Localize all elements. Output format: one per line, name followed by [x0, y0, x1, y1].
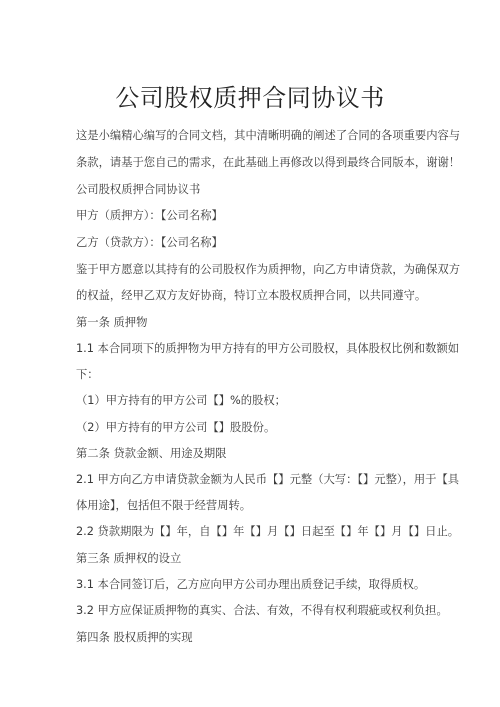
clause-1-1-item-1: （1）甲方持有的甲方公司【】%的股权；	[76, 393, 286, 409]
clause-1-1-line-1: 1.1 本合同项下的质押物为甲方持有的甲方公司股权，具体股权比例和数额如	[76, 341, 459, 357]
preamble-line-2: 的权益，经甲乙双方友好协商，特订立本股权质押合同，以共同遵守。	[76, 288, 426, 304]
document-title: 公司股权质押合同协议书	[0, 82, 500, 114]
article-2-heading: 第二条 贷款金额、用途及期限	[76, 446, 226, 462]
party-b: 乙方（贷款方）：【公司名称】	[76, 235, 223, 251]
intro-line-2: 条款，请基于您自己的需求，在此基础上再修改以得到最终合同版本，谢谢！	[76, 155, 460, 171]
clause-2-1-line-1: 2.1 甲方向乙方申请贷款金额为人民币【】元整（大写：【】元整），用于【具	[76, 472, 459, 488]
clause-1-1-line-2: 下：	[76, 367, 99, 383]
clause-2-1-line-2: 体用途】，包括但不限于经营周转。	[76, 498, 251, 514]
clause-2-2: 2.2 贷款期限为【】年，自【】年【】月【】日起至【】年【】月【】日止。	[76, 524, 459, 540]
intro-line-1: 这是小编精心编写的合同文档，其中清晰明确的阐述了合同的各项重要内容与	[76, 128, 460, 144]
clause-1-1-item-2: （2）甲方持有的甲方公司【】股股份。	[76, 420, 275, 436]
article-4-heading: 第四条 股权质押的实现	[76, 630, 193, 646]
article-1-heading: 第一条 质押物	[76, 315, 147, 331]
clause-3-2: 3.2 甲方应保证质押物的真实、合法、有效，不得有权利瑕疵或权利负担。	[76, 603, 448, 619]
contract-heading: 公司股权质押合同协议书	[76, 182, 200, 198]
clause-3-1: 3.1 本合同签订后，乙方应向甲方公司办理出质登记手续，取得质权。	[76, 577, 425, 593]
article-3-heading: 第三条 质押权的设立	[76, 551, 181, 567]
party-a: 甲方（质押方）：【公司名称】	[76, 208, 223, 224]
preamble-line-1: 鉴于甲方愿意以其持有的公司股权作为质押物，向乙方申请贷款，为确保双方	[76, 262, 460, 278]
